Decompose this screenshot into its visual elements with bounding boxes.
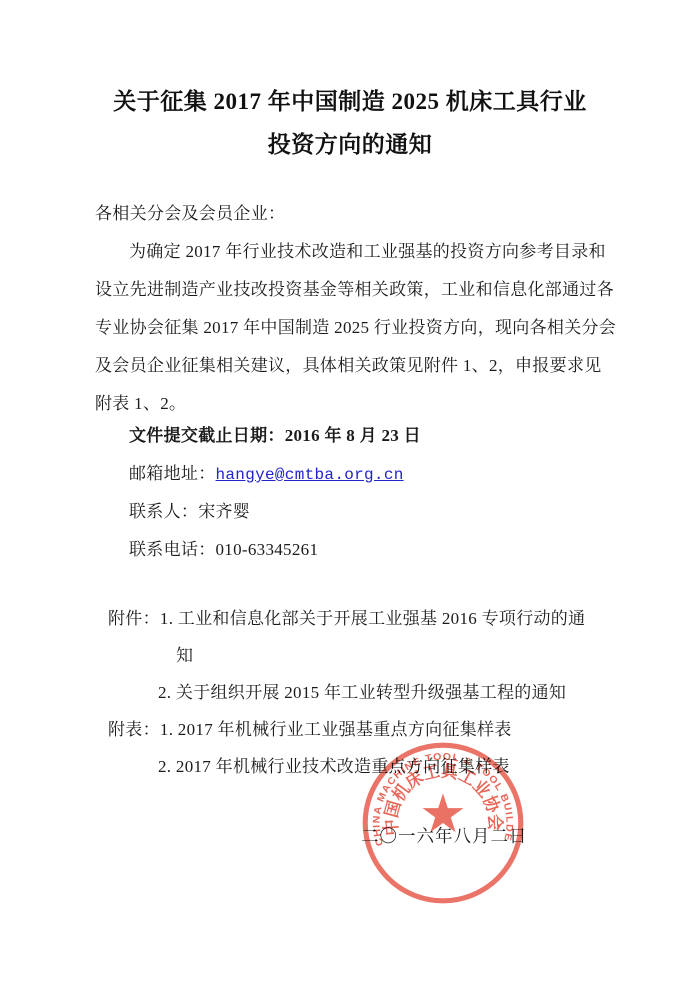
document-page: 关于征集 2017 年中国制造 2025 机床工具行业 投资方向的通知 各相关分…	[0, 0, 700, 990]
text-line: 文件提交截止日期：2016 年 8 月 23 日	[129, 425, 421, 447]
text-line: 知	[176, 645, 193, 667]
text-line: 附件：1. 工业和信息化部关于开展工业强基 2016 专项行动的通	[108, 608, 585, 630]
text-line: 设立先进制造产业技改投资基金等相关政策，工业和信息化部通过各	[95, 279, 614, 301]
text-line: 联系电话：010-63345261	[129, 539, 318, 561]
text-line: 及会员企业征集相关建议，具体相关政策见附件 1、2，申报要求见	[95, 355, 602, 377]
text-line: 附表 1、2。	[95, 393, 186, 415]
title-line-1: 关于征集 2017 年中国制造 2025 机床工具行业	[0, 86, 700, 118]
email-link[interactable]: hangye@cmtba.org.cn	[216, 466, 404, 484]
text-line: 2. 关于组织开展 2015 年工业转型升级强基工程的通知	[158, 682, 566, 704]
text-line: 邮箱地址：hangye@cmtba.org.cn	[129, 463, 404, 486]
text-line: 联系人：宋齐婴	[129, 501, 250, 523]
seal-star-icon	[423, 793, 464, 832]
email-label: 邮箱地址：	[129, 464, 216, 483]
text-line: 专业协会征集 2017 年中国制造 2025 行业投资方向，现向各相关分会	[95, 317, 616, 339]
text-line: 各相关分会及会员企业：	[95, 203, 285, 225]
text-line: 为确定 2017 年行业技术改造和工业强基的投资方向参考目录和	[129, 241, 606, 263]
title-line-2: 投资方向的通知	[0, 129, 700, 161]
document-title: 关于征集 2017 年中国制造 2025 机床工具行业 投资方向的通知	[0, 86, 700, 161]
association-seal: CHINA MACHINE TOOL & TOOL BUILDERS' ASSO…	[356, 736, 530, 910]
